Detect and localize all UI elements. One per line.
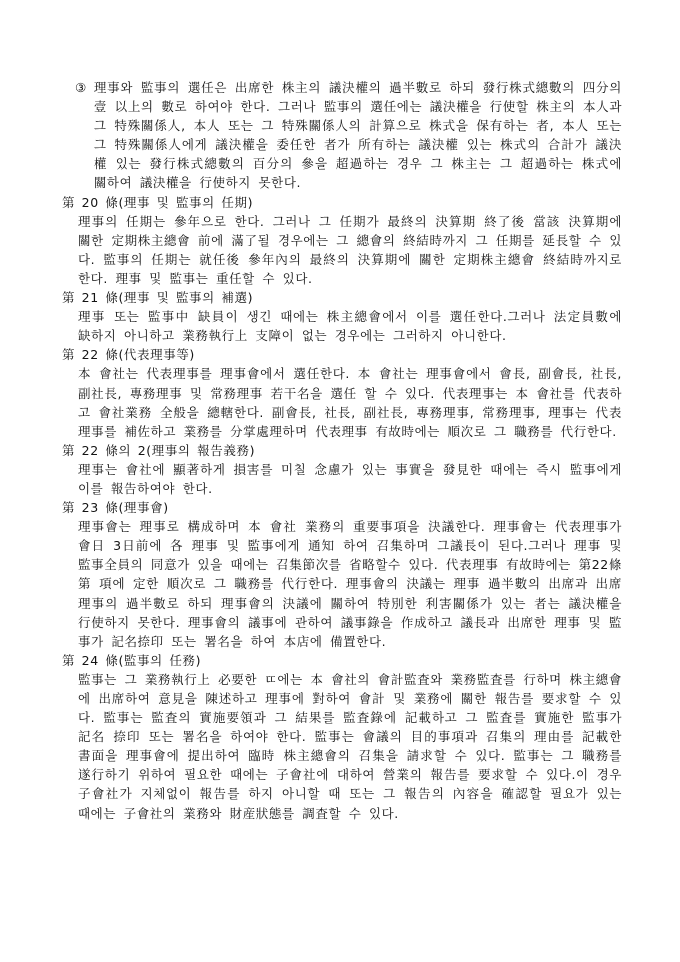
article-23-body: 理事會는 理事로 構成하며 本 會社 業務의 重要事項을 決議한다. 理事會는 …	[78, 517, 622, 651]
article-24: 第 24 條(監事의 任務) 監事는 그 業務執行上 必要한 ㄸ에는 本 會社의…	[62, 651, 622, 823]
clause-text: 理事와 監事의 選任은 出席한 株主의 議決權의 過半數로 하되 發行株式總數의…	[94, 78, 622, 193]
document-text-block: ③ 理事와 監事의 選任은 出席한 株主의 議決權의 過半數로 하되 發行株式總…	[62, 78, 622, 823]
article-20: 第 20 條(理事 및 監事의 任期) 理事의 任期는 參年으로 한다. 그러나…	[62, 193, 622, 288]
document-page: ③ 理事와 監事의 選任은 出席한 株主의 議決權의 過半數로 하되 發行株式總…	[0, 0, 680, 962]
article-21-body: 理事 또는 監事中 缺員이 생긴 때에는 株主總會에서 이를 選任한다.그러나 …	[78, 307, 622, 345]
article-24-body: 監事는 그 業務執行上 必要한 ㄸ에는 本 會社의 會計監査와 業務監査를 行하…	[78, 670, 622, 823]
article-22-2-body: 理事는 會社에 顯著하게 損害를 미칠 念慮가 있는 事實을 發見한 때에는 즉…	[78, 460, 622, 498]
clause-paragraph: ③ 理事와 監事의 選任은 出席한 株主의 議決權의 過半數로 하되 發行株式總…	[75, 78, 622, 193]
article-20-body: 理事의 任期는 參年으로 한다. 그러나 그 任期가 最終의 決算期 終了後 當…	[78, 212, 622, 288]
article-22: 第 22 條(代表理事等) 本 會社는 代表理事를 理事會에서 選任한다. 本 …	[62, 345, 622, 440]
article-21-heading: 第 21 條(理事 및 監事의 補選)	[62, 288, 622, 307]
clause-number-marker: ③	[75, 78, 87, 97]
article-21: 第 21 條(理事 및 監事의 補選) 理事 또는 監事中 缺員이 생긴 때에는…	[62, 288, 622, 345]
article-22-2-heading: 第 22 條의 2(理事의 報告義務)	[62, 441, 622, 460]
article-20-heading: 第 20 條(理事 및 監事의 任期)	[62, 193, 622, 212]
article-24-heading: 第 24 條(監事의 任務)	[62, 651, 622, 670]
article-22-2: 第 22 條의 2(理事의 報告義務) 理事는 會社에 顯著하게 損害를 미칠 …	[62, 441, 622, 498]
article-23: 第 23 條(理事會) 理事會는 理事로 構成하며 本 會社 業務의 重要事項을…	[62, 498, 622, 651]
article-23-heading: 第 23 條(理事會)	[62, 498, 622, 517]
article-22-body: 本 會社는 代表理事를 理事會에서 選任한다. 本 會社는 理事會에서 會長, …	[78, 364, 622, 440]
article-22-heading: 第 22 條(代表理事等)	[62, 345, 622, 364]
